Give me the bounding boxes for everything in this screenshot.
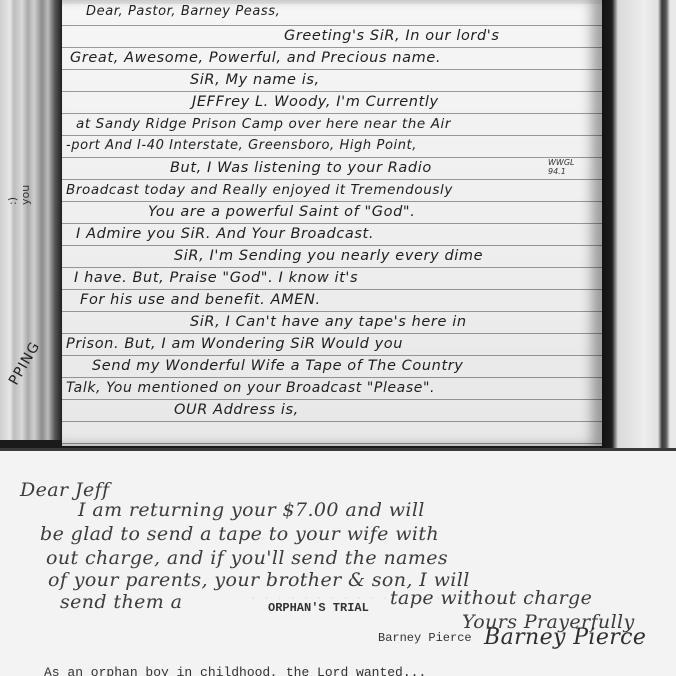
envelope-stack: :) you PPING [0,0,62,440]
letter-line: But, I Was listening to your Radio [170,160,432,176]
reply-signature: Barney Pierce [484,625,646,650]
typed-title: ORPHAN'S TRIAL [268,601,369,615]
background-board [600,0,676,448]
typed-author: Barney Pierce [378,631,472,645]
reply-line: out charge, and if you'll send the names [46,547,448,569]
letter-line: I have. But, Praise "God". I know it's [74,270,358,286]
letter-line: -port And I-40 Interstate, Greensboro, H… [66,138,417,153]
letter-line: Greeting's SiR, In our lord's [284,28,500,44]
letter-line: Prison. But, I am Wondering SiR Would yo… [66,336,403,352]
radio-station-note: WWGL 94.1 [548,158,574,176]
envelope-printed-text: PPING [6,339,44,388]
letter-line: OUR Address is, [174,402,299,418]
typed-page-with-reply: . . . . . . . . . . . . . . . . . . . . … [0,448,676,676]
radio-call-sign: WWGL [548,158,574,167]
radio-frequency: 94.1 [548,167,566,176]
typed-body: As an orphan boy in childhood, the Lord … [44,665,426,676]
handwritten-letter: Dear, Pastor, Barney Peass, Greeting's S… [62,0,602,446]
photo-scene: :) you PPING Dear, Pastor, Barney Peass,… [0,0,676,676]
reply-line: Dear Jeff [20,479,109,501]
reply-line: be glad to send a tape to your wife with [40,523,439,545]
letter-line: Dear, Pastor, Barney Peass, [86,4,280,19]
letter-line: Great, Awesome, Powerful, and Precious n… [70,50,441,66]
letter-line: Talk, You mentioned on your Broadcast "P… [66,380,435,396]
letter-line: Send my Wonderful Wife a Tape of The Cou… [92,358,463,374]
letter-line: For his use and benefit. AMEN. [80,292,321,308]
reply-line: tape without charge [390,587,592,609]
letter-line: You are a powerful Saint of "God". [148,204,415,220]
letter-line: at Sandy Ridge Prison Camp over here nea… [76,116,451,132]
letter-line: SiR, I Can't have any tape's here in [190,314,467,330]
reply-line: I am returning your $7.00 and will [78,499,425,521]
letter-line: JEFFrey L. Woody, I'm Currently [192,94,439,110]
letter-line: SiR, My name is, [190,72,320,88]
letter-line: I Admire you SiR. And Your Broadcast. [76,226,374,242]
letter-line: SiR, I'm Sending you nearly every dime [174,248,483,264]
letter-line: Broadcast today and Really enjoyed it Tr… [66,182,453,198]
reply-line: send them a [60,591,182,613]
